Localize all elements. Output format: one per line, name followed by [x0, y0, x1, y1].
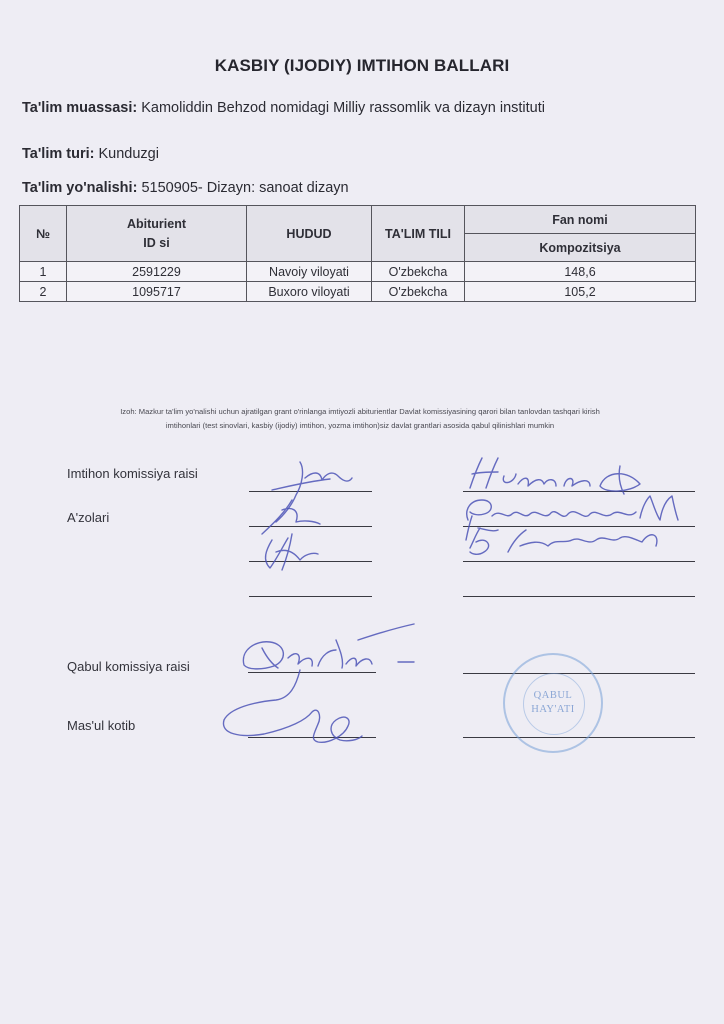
stamp-text-line1: QABUL: [505, 690, 601, 702]
stamp-text-line2: HAY'ATI: [505, 704, 601, 716]
signature-scribbles: [0, 0, 724, 1024]
official-stamp: QABUL HAY'ATI: [503, 653, 603, 753]
